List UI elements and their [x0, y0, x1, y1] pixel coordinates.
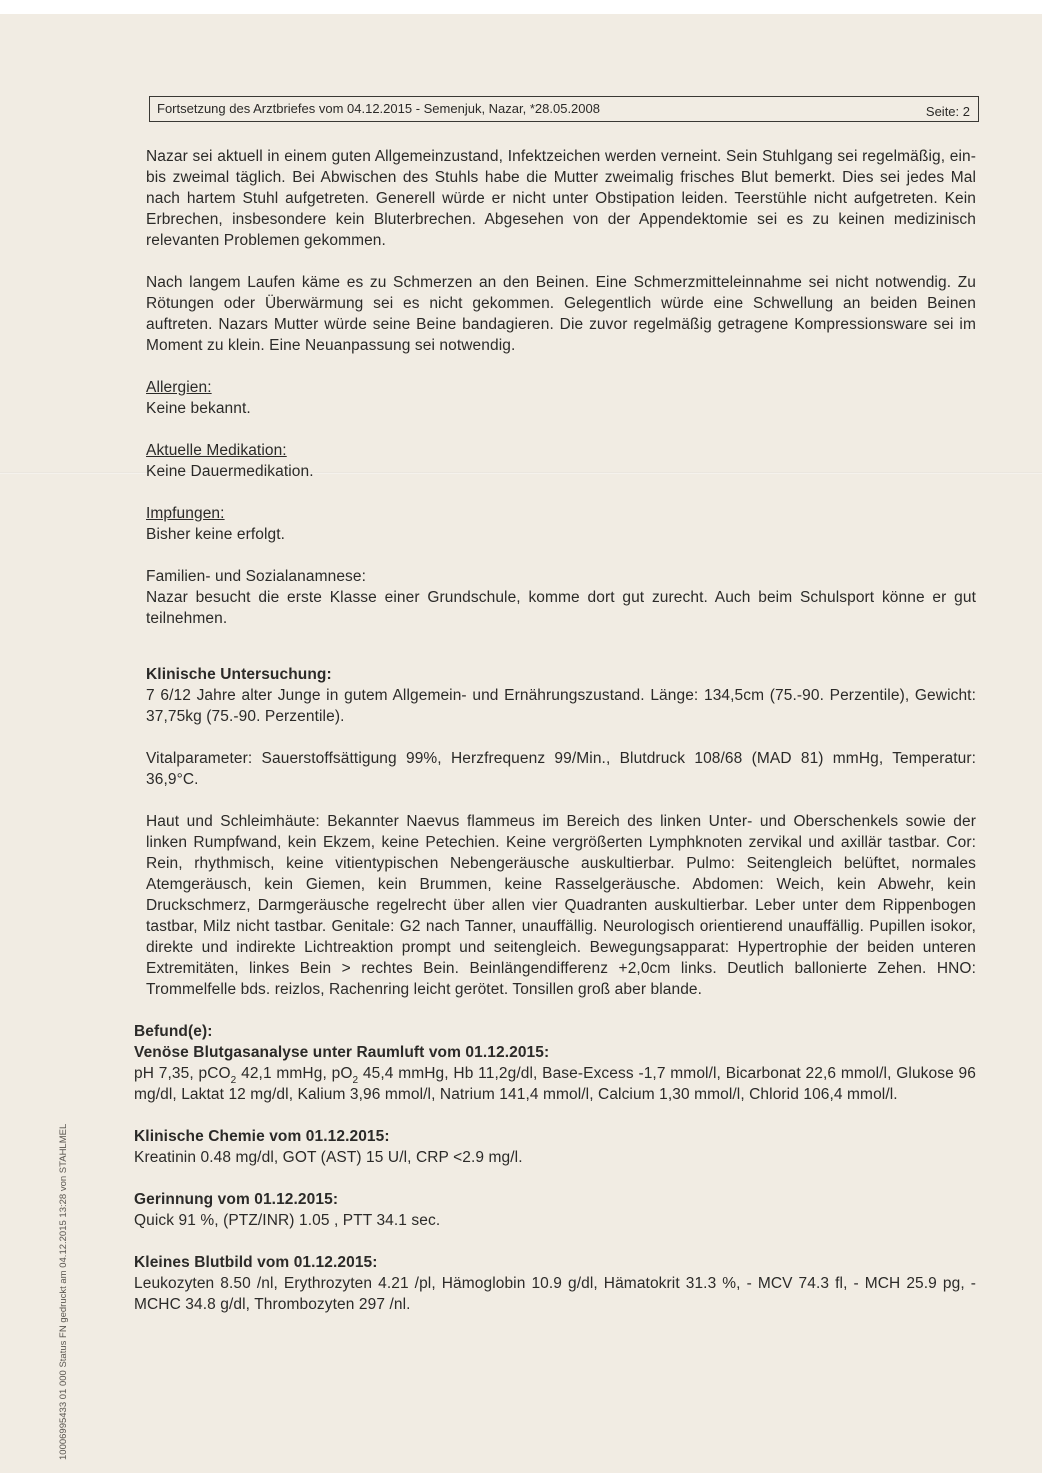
bga-values: pH 7,35, pCO2 42,1 mmHg, pO2 45,4 mmHg, …: [134, 1063, 976, 1105]
chemistry-heading: Klinische Chemie vom 01.12.2015:: [134, 1126, 976, 1147]
family-social-text: Nazar besucht die erste Klasse einer Gru…: [146, 587, 976, 629]
medication-text: Keine Dauermedikation.: [146, 461, 976, 482]
history-paragraph: Nazar sei aktuell in einem guten Allgeme…: [146, 146, 976, 251]
print-stamp: 10006995433 01 000 Status FN gedruckt am…: [58, 1124, 69, 1460]
coagulation-values: Quick 91 %, (PTZ/INR) 1.05 , PTT 34.1 se…: [134, 1210, 976, 1231]
blood-count-heading: Kleines Blutbild vom 01.12.2015:: [134, 1252, 976, 1273]
exam-heading: Klinische Untersuchung:: [146, 664, 976, 685]
bga-heading: Venöse Blutgasanalyse unter Raumluft vom…: [134, 1042, 976, 1063]
vaccinations-text: Bisher keine erfolgt.: [146, 524, 976, 545]
vaccinations-heading: Impfungen:: [146, 503, 976, 524]
blood-count-values: Leukozyten 8.50 /nl, Erythrozyten 4.21 /…: [134, 1273, 976, 1315]
page-number: Seite: 2: [926, 101, 970, 123]
chemistry-values: Kreatinin 0.48 mg/dl, GOT (AST) 15 U/l, …: [134, 1147, 976, 1168]
coagulation-heading: Gerinnung vom 01.12.2015:: [134, 1189, 976, 1210]
medication-heading: Aktuelle Medikation:: [146, 440, 976, 461]
exam-general: 7 6/12 Jahre alter Junge in gutem Allgem…: [146, 685, 976, 727]
exam-findings: Haut und Schleimhäute: Bekannter Naevus …: [146, 811, 976, 1000]
allergies-text: Keine bekannt.: [146, 398, 976, 419]
letter-header: Fortsetzung des Arztbriefes vom 04.12.20…: [149, 96, 979, 122]
letter-body: Nazar sei aktuell in einem guten Allgeme…: [146, 146, 976, 1315]
allergies-heading: Allergien:: [146, 377, 976, 398]
header-title: Fortsetzung des Arztbriefes vom 04.12.20…: [157, 98, 600, 120]
exam-vitals: Vitalparameter: Sauerstoffsättigung 99%,…: [146, 748, 976, 790]
results-heading: Befund(e):: [134, 1021, 976, 1042]
family-social-heading: Familien- und Sozialanamnese:: [146, 566, 976, 587]
scan-top-edge: [0, 0, 1042, 15]
results-block: Befund(e): Venöse Blutgasanalyse unter R…: [134, 1021, 976, 1315]
legs-paragraph: Nach langem Laufen käme es zu Schmerzen …: [146, 272, 976, 356]
